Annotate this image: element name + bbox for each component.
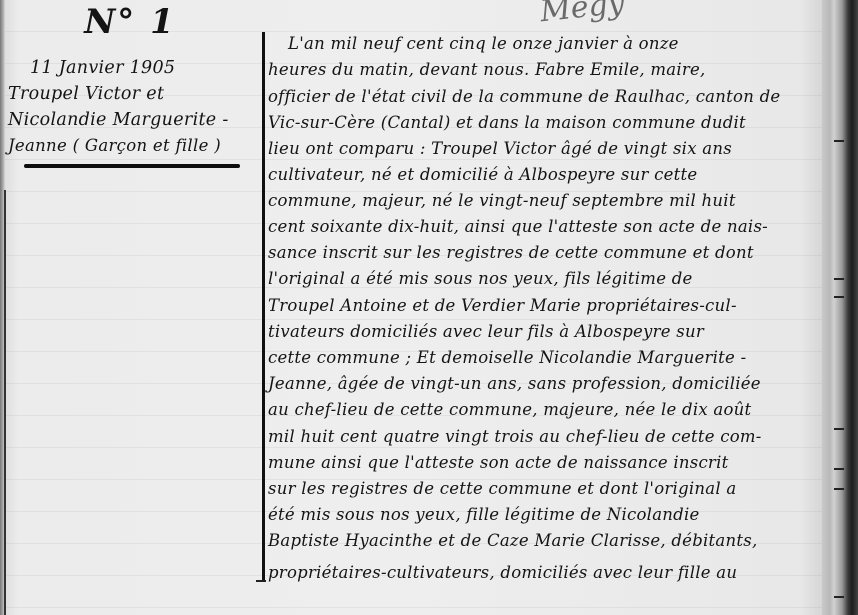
margin-names-line: Troupel Victor et xyxy=(8,84,164,104)
body-line: l'original a été mis sous nos yeux, fils… xyxy=(268,269,693,288)
body-line: Vic-sur-Cère (Cantal) et dans la maison … xyxy=(268,113,746,132)
book-binding-edge xyxy=(822,0,858,615)
binding-mark xyxy=(834,140,844,142)
body-line: sur les registres de cette commune et do… xyxy=(268,479,736,498)
entry-date: 11 Janvier 1905 xyxy=(30,58,175,78)
body-line: sance inscrit sur les registres de cette… xyxy=(268,243,754,262)
entry-number: N° 1 xyxy=(70,2,190,42)
margin-column: N° 1 11 Janvier 1905 Troupel Victor et N… xyxy=(0,0,262,615)
body-line: officier de l'état civil de la commune d… xyxy=(268,87,780,106)
body-left-rule xyxy=(262,32,265,580)
body-line: commune, majeur, né le vingt-neuf septem… xyxy=(268,191,736,210)
margin-names-line: Nicolandie Marguerite - xyxy=(8,110,229,130)
binding-mark xyxy=(834,488,844,490)
signature: Mégy xyxy=(538,0,626,29)
binding-mark xyxy=(834,596,844,598)
body-line: heures du matin, devant nous. Fabre Emil… xyxy=(268,60,706,79)
body-line: mune ainsi que l'atteste son acte de nai… xyxy=(268,453,728,472)
body-line: Baptiste Hyacinthe et de Caze Marie Clar… xyxy=(268,531,757,550)
body-line: L'an mil neuf cent cinq le onze janvier … xyxy=(288,34,679,53)
margin-underline xyxy=(24,164,240,168)
body-line: tivateurs domiciliés avec leur fils à Al… xyxy=(268,322,704,341)
body-line: Jeanne, âgée de vingt-un ans, sans profe… xyxy=(268,374,761,393)
body-line: Troupel Antoine et de Verdier Marie prop… xyxy=(268,296,737,315)
binding-mark xyxy=(834,468,844,470)
margin-names-line: Jeanne ( Garçon et fille ) xyxy=(8,136,221,155)
body-line: été mis sous nos yeux, fille légitime de… xyxy=(268,505,700,524)
body-rule-foot xyxy=(256,580,266,582)
body-line: cette commune ; Et demoiselle Nicolandie… xyxy=(268,348,746,367)
body-line: mil huit cent quatre vingt trois au chef… xyxy=(268,427,762,446)
body-line: cultivateur, né et domicilié à Albospeyr… xyxy=(268,165,697,184)
binding-mark xyxy=(834,278,844,280)
body-line: propriétaires-cultivateurs, domiciliés a… xyxy=(268,563,737,582)
body-line: lieu ont comparu : Troupel Victor âgé de… xyxy=(268,139,732,158)
register-page: Mégy N° 1 11 Janvier 1905 Troupel Victor… xyxy=(0,0,858,615)
binding-mark xyxy=(834,296,844,298)
body-line: au chef-lieu de cette commune, majeure, … xyxy=(268,400,751,419)
body-line: cent soixante dix-huit, ainsi que l'atte… xyxy=(268,217,768,236)
binding-mark xyxy=(834,428,844,430)
